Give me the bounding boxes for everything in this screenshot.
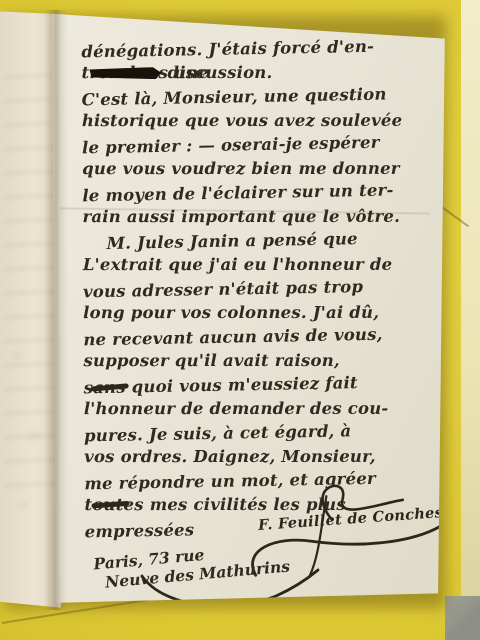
- handwritten-line: sans quoi vous m'eussiez fait: [83, 370, 439, 401]
- handwritten-line: long pour vos colonnes. J'ai dû,: [83, 301, 439, 325]
- handwritten-line: pures. Je suis, à cet égard, à: [84, 418, 440, 449]
- handwritten-line: vos ordres. Daignez, Monsieur,: [84, 445, 440, 469]
- handwritten-line: que vous voudrez bien me donner: [82, 157, 438, 181]
- photo-background: dénégations. J'étais forcé d'en- trer da…: [0, 0, 480, 640]
- background-gray-corner: [445, 596, 480, 640]
- handwritten-line-text: discussion.: [167, 61, 272, 85]
- handwritten-line: C'est là, Monsieur, une question: [81, 82, 437, 113]
- handwritten-line: dénégations. J'étais forcé d'en-: [81, 34, 437, 65]
- letter-text: dénégations. J'étais forcé d'en- trer da…: [81, 36, 441, 542]
- handwritten-line: le premier : — oserai-je espérer: [82, 130, 438, 161]
- handwritten-line: l'honneur de demander des cou-: [84, 397, 440, 421]
- handwritten-line: supposer qu'il avait raison,: [83, 349, 439, 373]
- handwritten-line: L'extrait que j'ai eu l'honneur de: [83, 253, 439, 277]
- handwritten-line: vous adresser n'était pas trop: [83, 274, 439, 305]
- letter-page: dénégations. J'étais forcé d'en- trer da…: [50, 12, 446, 604]
- handwritten-line: trer dans unediscussion.: [81, 61, 437, 85]
- handwritten-line: rain aussi important que le vôtre.: [82, 205, 438, 229]
- handwritten-line: historique que vous avez soulevée: [82, 109, 438, 133]
- ink-bleed-smudge: [8, 309, 52, 539]
- signature-block: F. Feuillet de Conches.: [258, 503, 459, 534]
- address-flourish: [134, 568, 324, 618]
- handwritten-line: ne recevant aucun avis de vous,: [83, 322, 439, 353]
- handwritten-line: le moyen de l'éclairer sur un ter-: [82, 178, 438, 209]
- background-right-strip: [461, 0, 480, 640]
- handwritten-line: M. Jules Janin a pensé que: [82, 226, 438, 257]
